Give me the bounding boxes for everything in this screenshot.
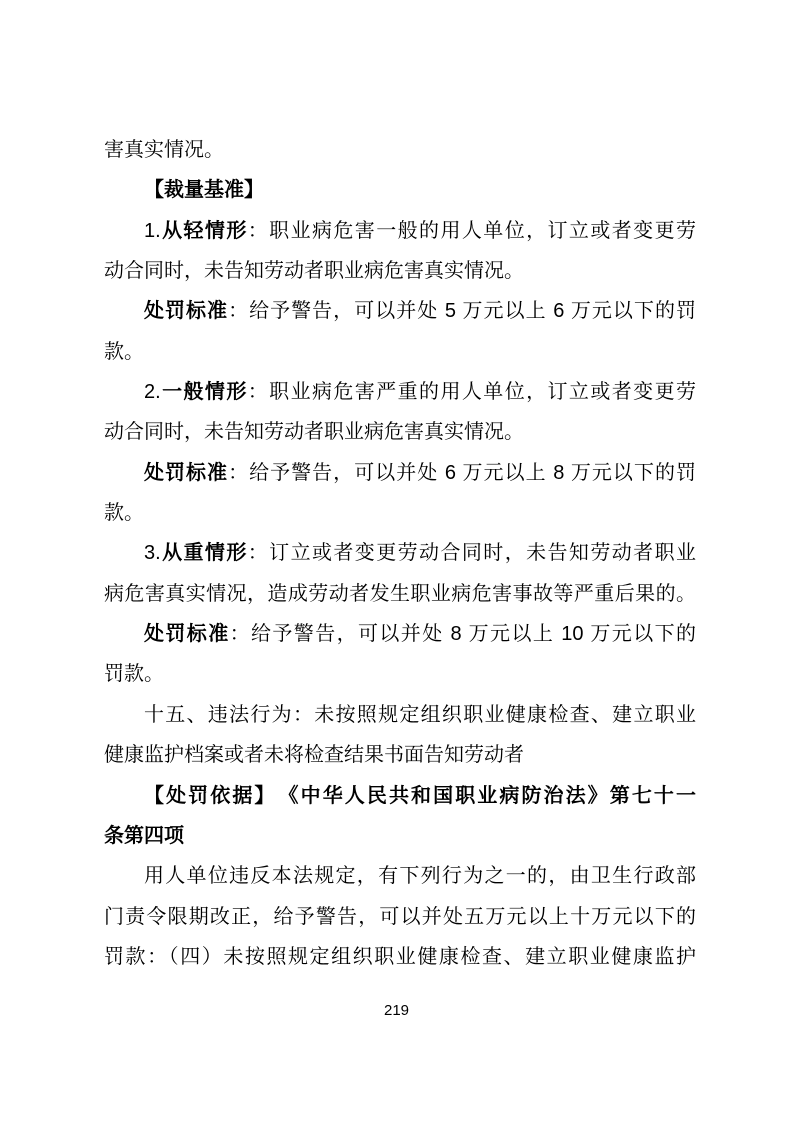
bold-text-segment: 【处罚依据】 《中华人民共和国职业病防治法》第七十一 bbox=[144, 785, 696, 807]
bold-text-segment: 从重情形 bbox=[161, 542, 248, 564]
text-segment: 健康监护档案或者未将检查结果书面告知劳动者 bbox=[104, 744, 524, 766]
text-line-9: 处罚标准：给予警告，可以并处 6 万元以上 8 万元以下的罚 bbox=[104, 453, 696, 493]
text-line-8: 动合同时，未告知劳动者职业病危害真实情况。 bbox=[104, 412, 696, 452]
document-page: 害真实情况。【裁量基准】1.从轻情形：职业病危害一般的用人单位，订立或者变更劳动… bbox=[0, 0, 793, 1122]
text-segment: 3. bbox=[144, 542, 161, 564]
bold-text-segment: 条第四项 bbox=[104, 825, 184, 847]
document-body: 害真实情况。【裁量基准】1.从轻情形：职业病危害一般的用人单位，订立或者变更劳动… bbox=[104, 130, 696, 977]
text-segment: ：给予警告，可以并处 8 万元以上 10 万元以下的 bbox=[230, 623, 696, 645]
text-segment: ：职业病危害严重的用人单位，订立或者变更劳 bbox=[248, 381, 696, 403]
text-segment: 1. bbox=[144, 220, 161, 242]
text-segment: 动合同时，未告知劳动者职业病危害真实情况。 bbox=[104, 421, 524, 443]
text-line-4: 动合同时，未告知劳动者职业病危害真实情况。 bbox=[104, 251, 696, 291]
bold-text-segment: 处罚标准 bbox=[144, 300, 228, 322]
text-segment: ：给予警告，可以并处 6 万元以上 8 万元以下的罚 bbox=[228, 462, 696, 484]
text-line-3: 1.从轻情形：职业病危害一般的用人单位，订立或者变更劳 bbox=[104, 211, 696, 251]
text-line-15: 十五、违法行为：未按照规定组织职业健康检查、建立职业 bbox=[104, 695, 696, 735]
text-line-21: 罚款：（四）未按照规定组织职业健康检查、建立职业健康监护 bbox=[104, 937, 696, 977]
text-segment: ：订立或者变更劳动合同时，未告知劳动者职业 bbox=[248, 542, 696, 564]
bold-text-segment: 一般情形 bbox=[161, 381, 248, 403]
text-segment: 款。 bbox=[104, 502, 144, 524]
page-number: 219 bbox=[0, 1001, 793, 1021]
text-line-11: 3.从重情形：订立或者变更劳动合同时，未告知劳动者职业 bbox=[104, 533, 696, 573]
bold-text-segment: 【裁量基准】 bbox=[144, 179, 264, 201]
text-line-13: 处罚标准：给予警告，可以并处 8 万元以上 10 万元以下的 bbox=[104, 614, 696, 654]
text-segment: 动合同时，未告知劳动者职业病危害真实情况。 bbox=[104, 260, 524, 282]
text-segment: ：给予警告，可以并处 5 万元以上 6 万元以下的罚 bbox=[228, 300, 696, 322]
text-line-5: 处罚标准：给予警告，可以并处 5 万元以上 6 万元以下的罚 bbox=[104, 291, 696, 331]
text-segment: 害真实情况。 bbox=[104, 139, 224, 161]
text-line-7: 2.一般情形：职业病危害严重的用人单位，订立或者变更劳 bbox=[104, 372, 696, 412]
bold-text-segment: 从轻情形 bbox=[161, 220, 248, 242]
text-line-1: 害真实情况。 bbox=[104, 130, 696, 170]
text-line-2: 【裁量基准】 bbox=[104, 170, 696, 210]
text-segment: 病危害真实情况，造成劳动者发生职业病危害事故等严重后果的。 bbox=[104, 583, 696, 605]
text-segment: 门责令限期改正，给予警告，可以并处五万元以上十万元以下的 bbox=[104, 906, 696, 928]
text-line-14: 罚款。 bbox=[104, 654, 696, 694]
text-line-20: 门责令限期改正，给予警告，可以并处五万元以上十万元以下的 bbox=[104, 897, 696, 937]
text-segment: 罚款：（四）未按照规定组织职业健康检查、建立职业健康监护 bbox=[104, 946, 696, 968]
text-segment: 用人单位违反本法规定，有下列行为之一的，由卫生行政部 bbox=[144, 865, 696, 887]
text-line-6: 款。 bbox=[104, 332, 696, 372]
text-line-17: 【处罚依据】 《中华人民共和国职业病防治法》第七十一 bbox=[104, 776, 696, 816]
text-segment: ：职业病危害一般的用人单位，订立或者变更劳 bbox=[248, 220, 696, 242]
text-line-19: 用人单位违反本法规定，有下列行为之一的，由卫生行政部 bbox=[104, 856, 696, 896]
text-line-18: 条第四项 bbox=[104, 816, 696, 856]
text-segment: 十五、违法行为：未按照规定组织职业健康检查、建立职业 bbox=[144, 704, 696, 726]
bold-text-segment: 处罚标准 bbox=[144, 462, 228, 484]
text-line-10: 款。 bbox=[104, 493, 696, 533]
bold-text-segment: 处罚标准 bbox=[144, 623, 230, 645]
text-segment: 2. bbox=[144, 381, 161, 403]
text-line-12: 病危害真实情况，造成劳动者发生职业病危害事故等严重后果的。 bbox=[104, 574, 696, 614]
text-line-16: 健康监护档案或者未将检查结果书面告知劳动者 bbox=[104, 735, 696, 775]
text-segment: 罚款。 bbox=[104, 663, 164, 685]
text-segment: 款。 bbox=[104, 341, 144, 363]
